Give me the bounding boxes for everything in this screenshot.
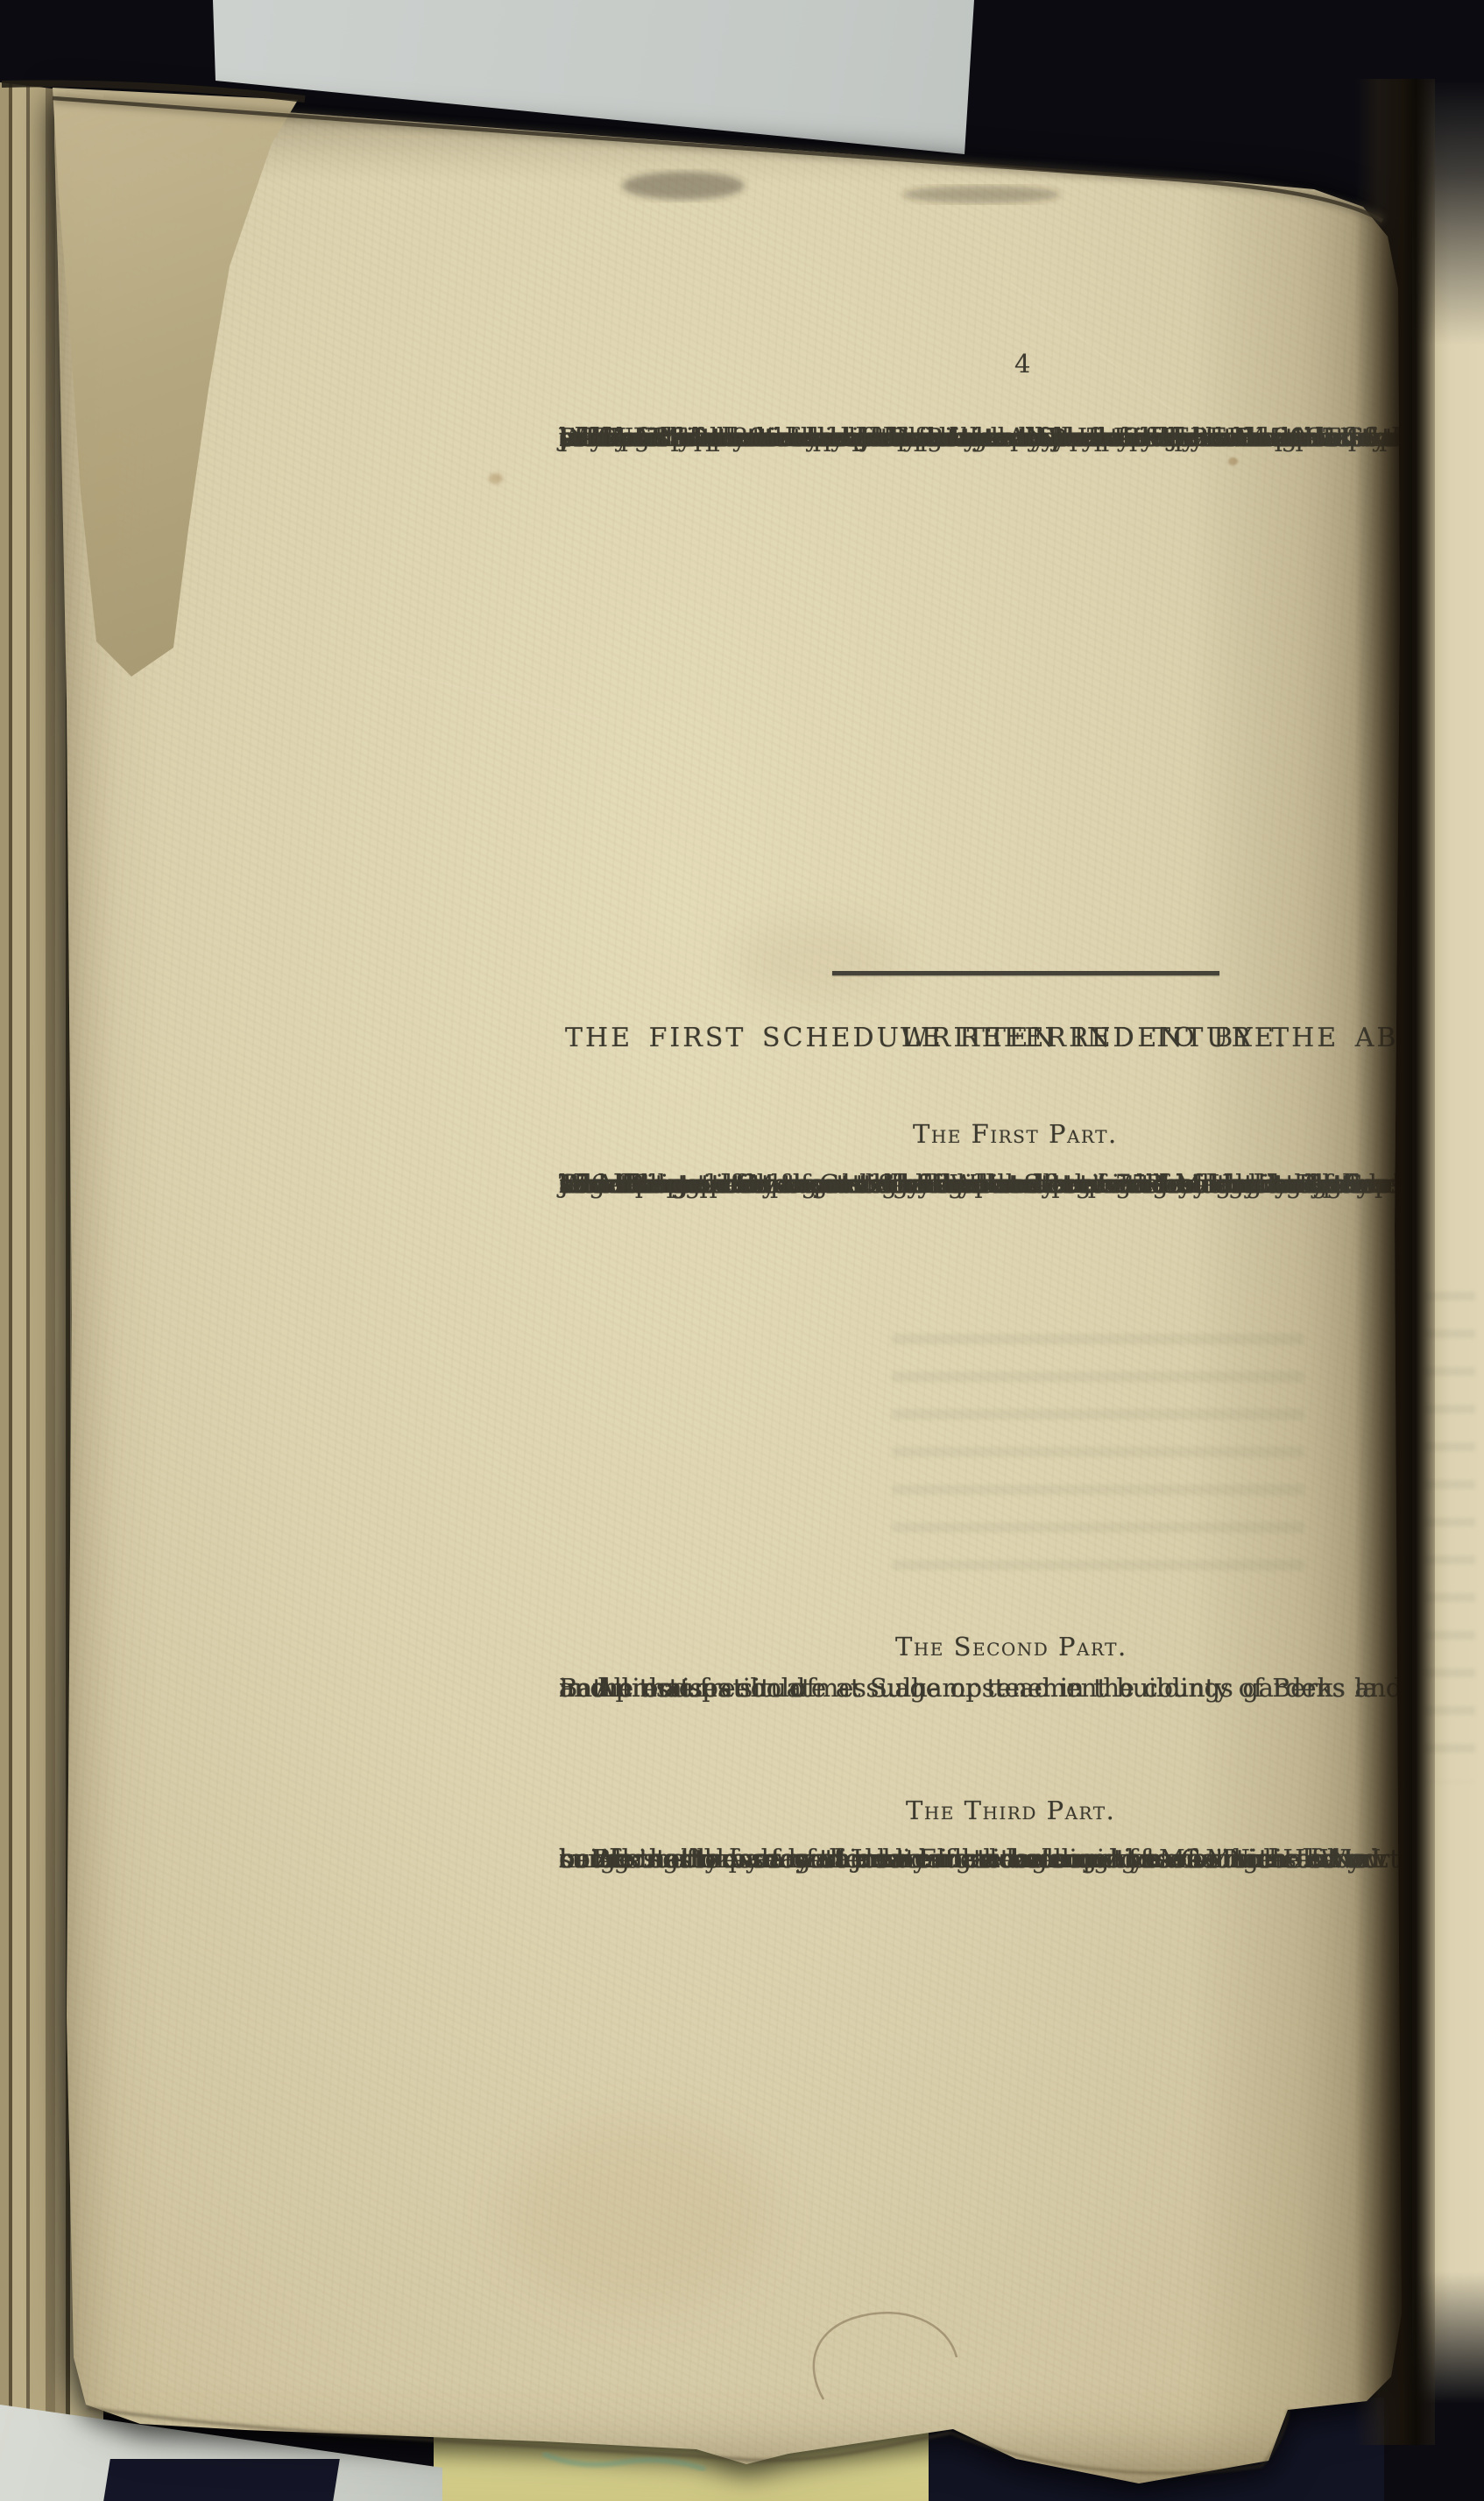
part-label-second: The Second Part. [895, 1632, 1127, 1661]
section-divider-rule [832, 971, 1219, 975]
paper-stain [1228, 457, 1238, 465]
text-line: some part thereof. [559, 1165, 795, 1203]
paper-stain [506, 2122, 769, 2306]
text-line: but formerly part of the said messuage a… [559, 1840, 1399, 1878]
gutter-shadow [1354, 79, 1435, 2445]
page-number: 4 [1014, 349, 1030, 379]
document-page-wrapper: 4 of these presents by equal half-yearly… [0, 0, 1484, 2501]
ink-showthrough [892, 1334, 1304, 1597]
document-page: 4 of these presents by equal half-yearly… [51, 81, 1407, 2485]
paper-stain [734, 922, 901, 1001]
part-label-third: The Third Part. [906, 1796, 1115, 1825]
occupation-line-right: Badminster. [559, 1669, 710, 1707]
paper-stain [489, 473, 503, 484]
schedule-heading-line-2: WRITTEN INDENTURE. [901, 1019, 1288, 1058]
scanned-book-photo: 4 of these presents by equal half-yearly… [0, 0, 1484, 2501]
part-label-first: The First Part. [913, 1119, 1118, 1149]
text-line: set their hands and seals the day and ye… [559, 419, 1363, 457]
